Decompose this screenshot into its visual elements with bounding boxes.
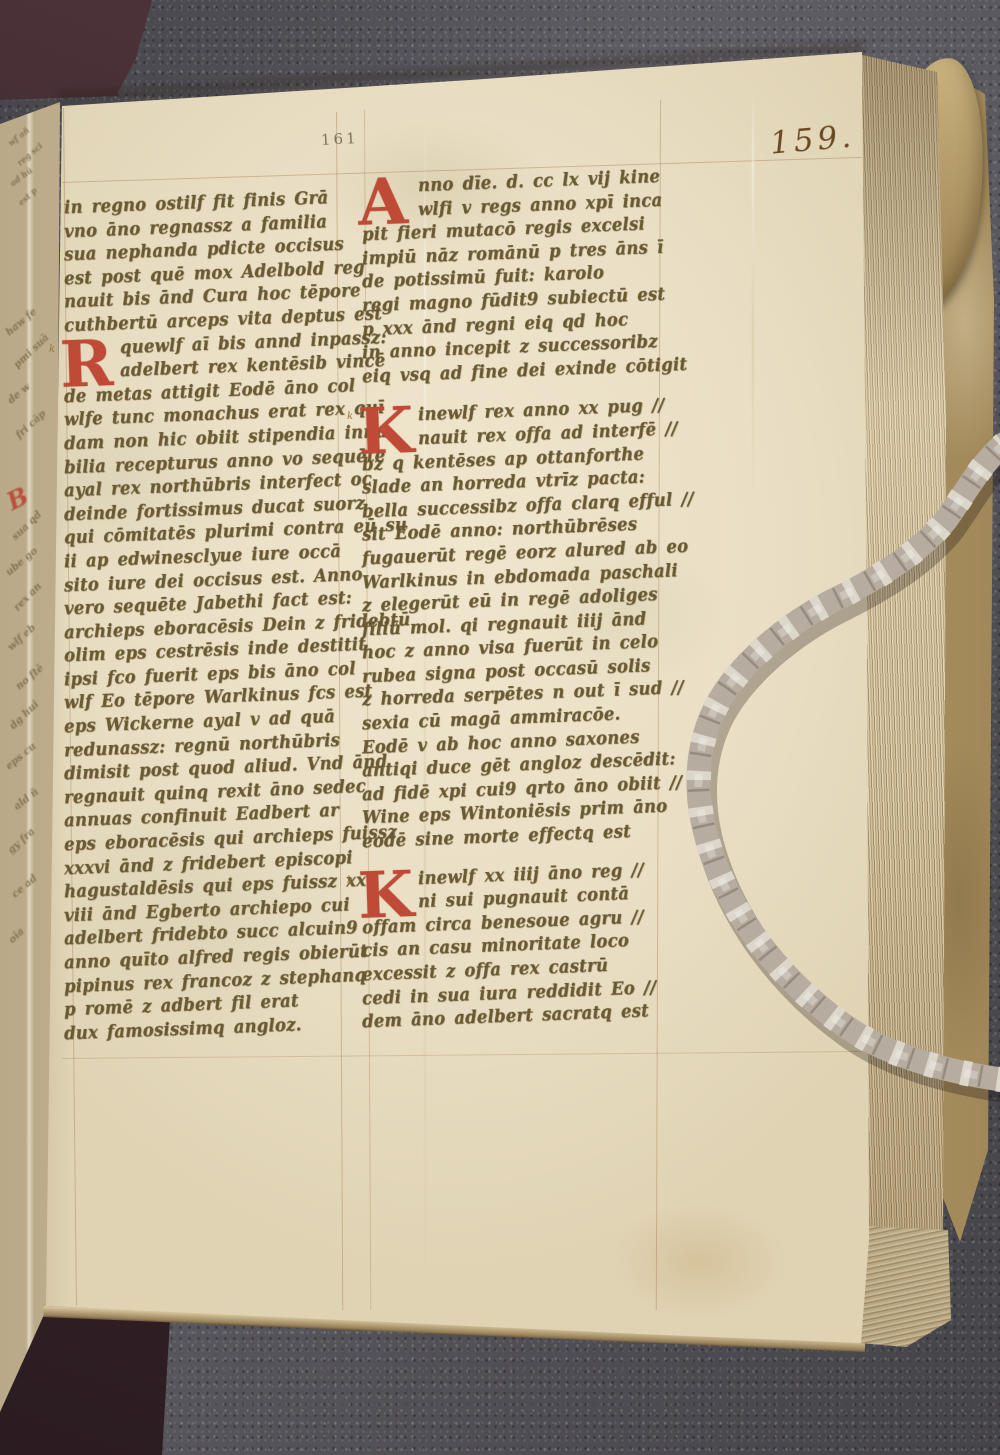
folio-number-pencil: 161 xyxy=(321,129,360,149)
text-block: Rkquewlf aī bis annd inpassz:adelbert re… xyxy=(64,338,342,1046)
margin-guide-letter: k xyxy=(49,344,55,355)
folio-number-ink: 159. xyxy=(769,118,857,161)
ruling-line-bottom xyxy=(62,1051,862,1059)
margin-guide-letter: k xyxy=(347,875,353,886)
rubric-drop-cap: R xyxy=(59,335,114,395)
parchment-crease-2 xyxy=(752,85,754,505)
text-block: in regno ostilf fit finis Grāvno āno reg… xyxy=(64,196,342,338)
margin-guide-letter: k xyxy=(347,411,353,422)
manuscript-photo: wf añreg sciad hūest phaw fepmi suāde wf… xyxy=(0,0,1000,1455)
text-column-left: in regno ostilf fit finis Grāvno āno reg… xyxy=(64,196,342,1045)
rubric-drop-cap: A xyxy=(357,173,409,233)
text-block: Kkinewlf rex anno xx pug //nauit rex off… xyxy=(362,405,660,853)
text-column-right: Anno dīe. d. cc lx vij kinewlfi v regs a… xyxy=(362,176,660,1034)
rubric-drop-cap: K xyxy=(357,402,415,462)
text-block: Anno dīe. d. cc lx vij kinewlfi v regs a… xyxy=(362,176,660,388)
page-content: 161 159. in regno ostilf fit finis Grāvn… xyxy=(0,0,1000,1455)
text-block: Kkinewlf xx iiij āno reg //ni sui pugnau… xyxy=(362,869,660,1034)
rubric-drop-cap: K xyxy=(357,866,415,926)
